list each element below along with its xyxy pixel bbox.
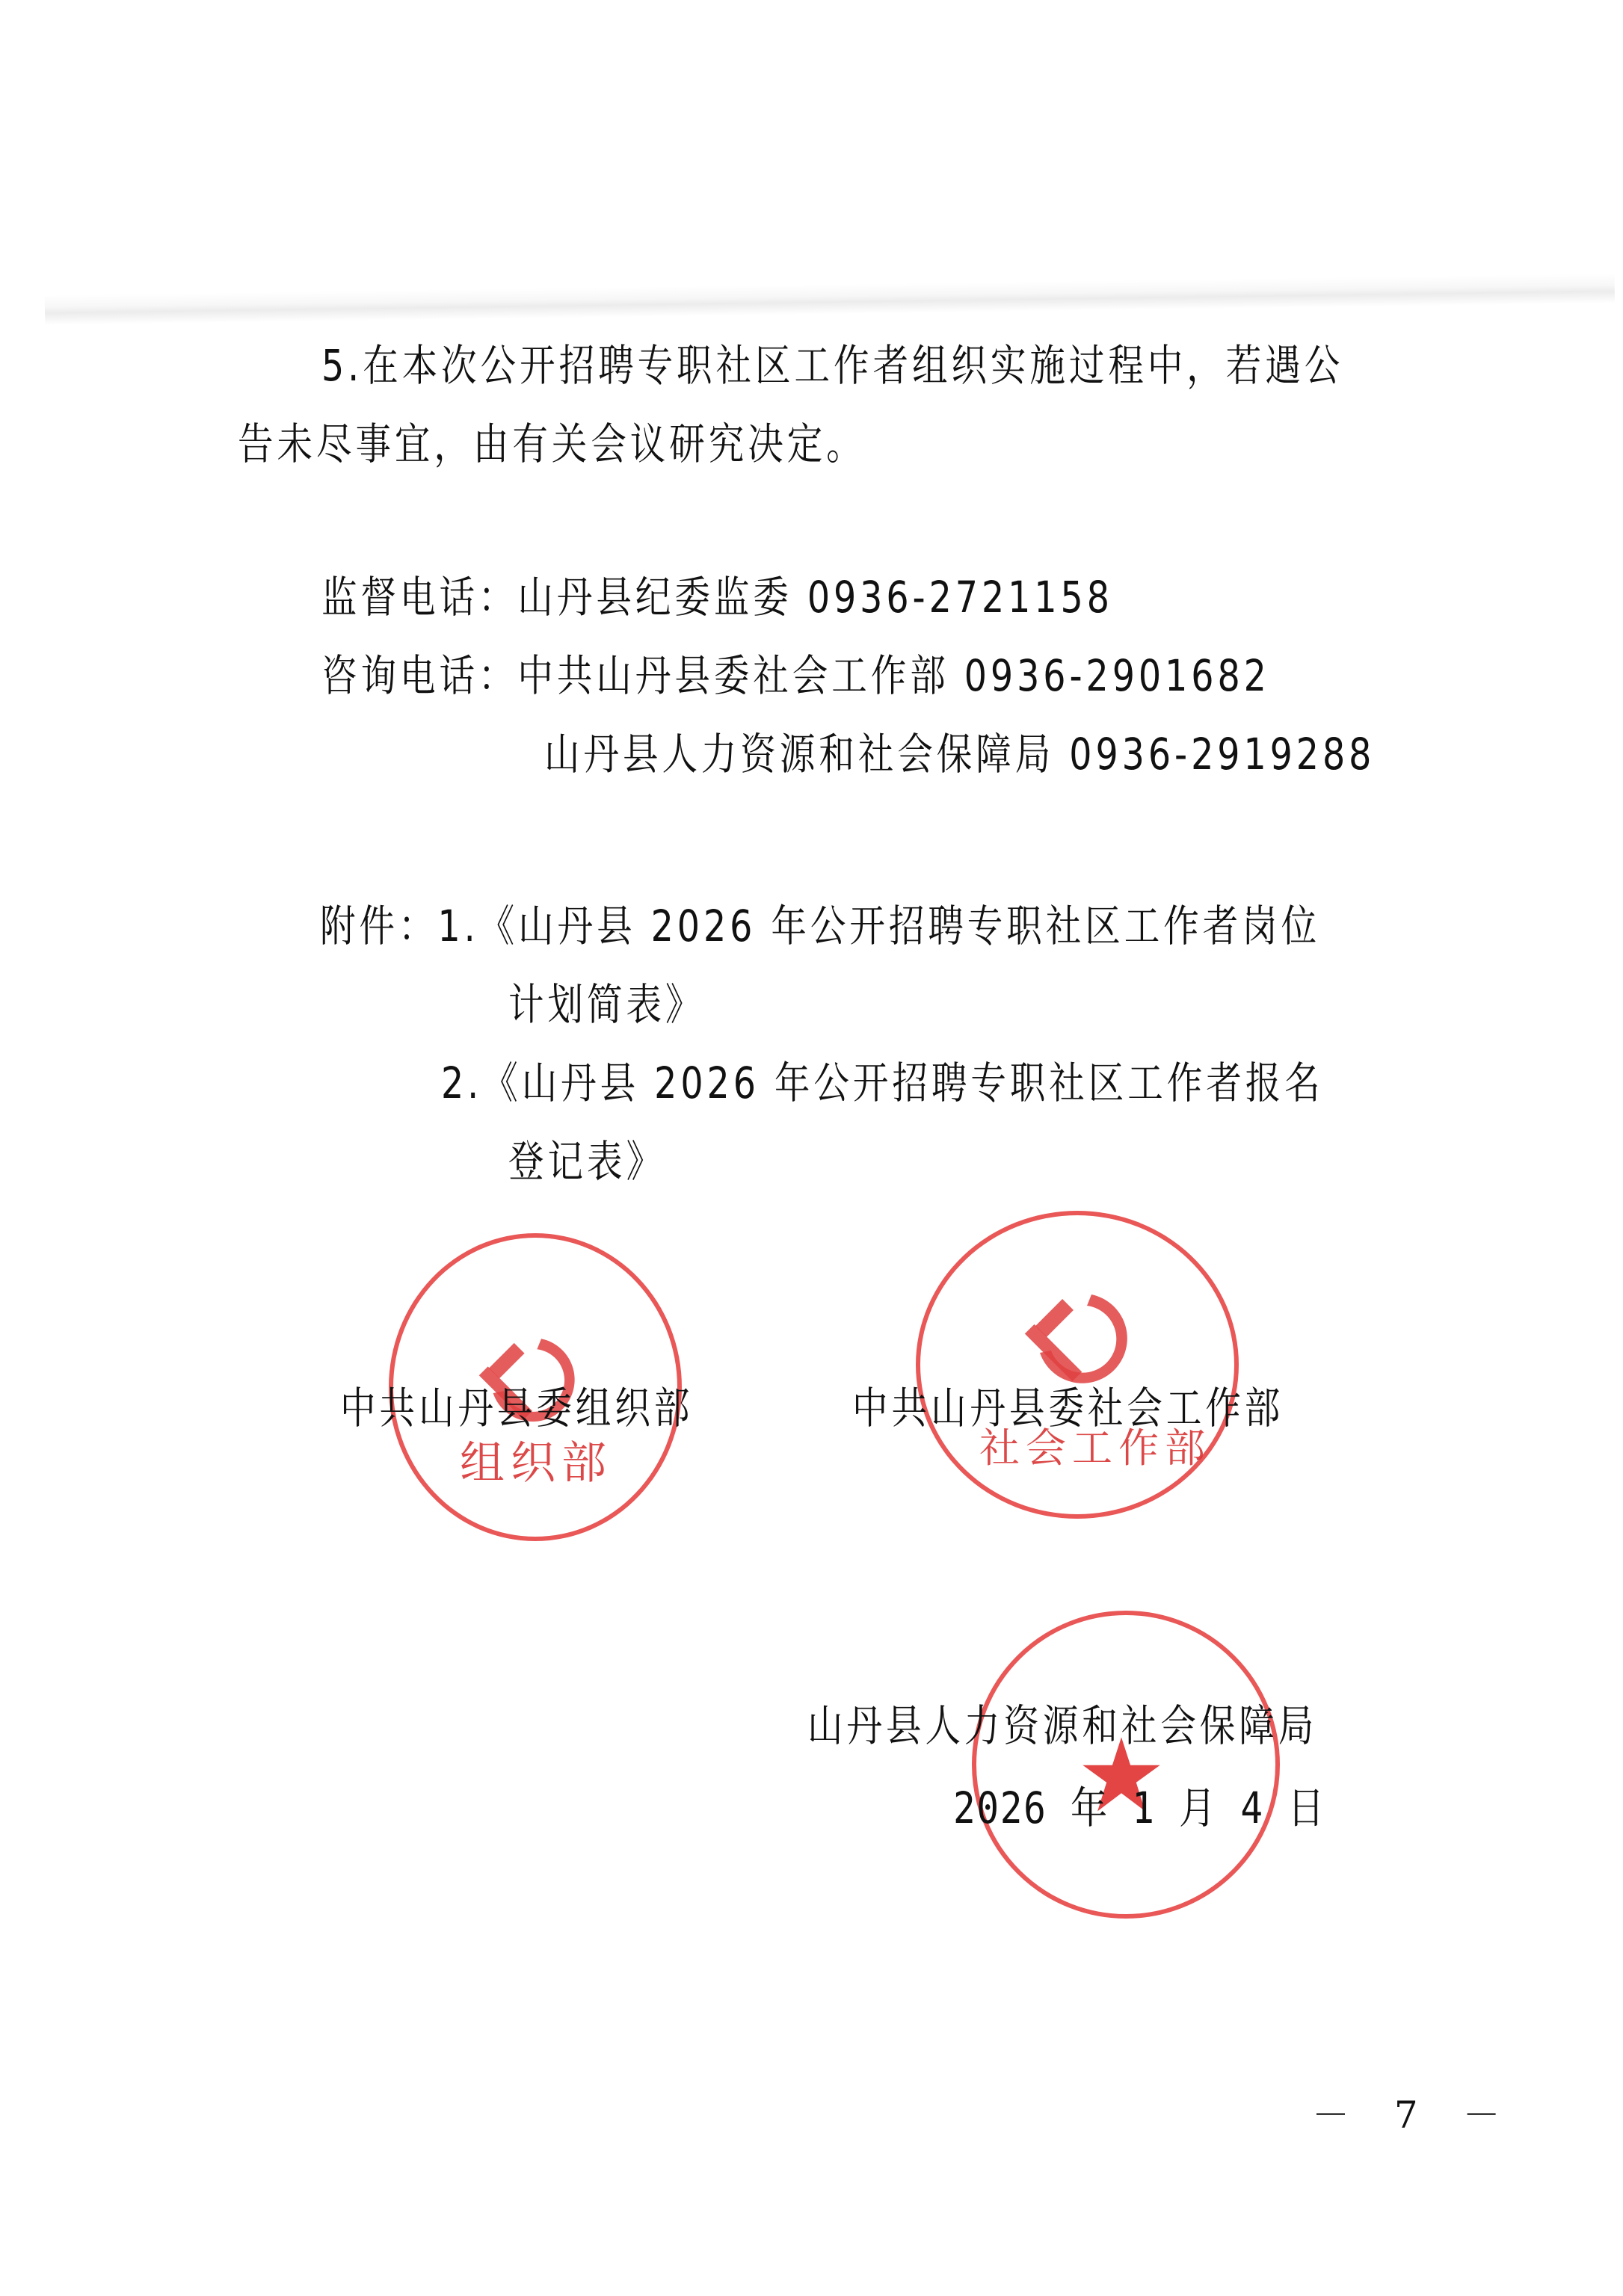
paragraph-5-line1: 5.在本次公开招聘专职社区工作者组织实施过程中，若遇公 [321,344,1343,387]
consult-phone-2: 0936-2919288 [1069,729,1375,780]
attachment-1-line1: 附件：1.《山丹县 2026 年公开招聘专职社区工作者岗位 [320,904,1320,948]
attachment-2-line2: 登记表》 [508,1140,665,1183]
attachment-1-num: 1. [437,901,478,951]
consult-phone-row-2: 山丹县人力资源和社会保障局 0936-2919288 [544,732,1375,776]
supervision-org: 山丹县纪委监委 [517,572,792,623]
supervision-phone-row: 监督电话：山丹县纪委监委 0936-2721158 [321,575,1113,619]
signature-social-work-dept: 中共山丹县委社会工作部 [852,1386,1284,1430]
scan-artifact [45,274,1615,325]
document-page: 5.在本次公开招聘专职社区工作者组织实施过程中，若遇公 告未尽事宜，由有关会议研… [0,0,1623,2296]
page-number: － 7 － [1312,2085,1517,2139]
consult-label: 咨询电话： [321,650,517,701]
attachment-1-line2: 计划简表》 [508,983,704,1026]
attachment-2-title: 《山丹县 2026 年公开招聘专职社区工作者报名 [482,1058,1323,1108]
attachment-2-num: 2. [441,1058,482,1108]
signature-organization-dept: 中共山丹县委组织部 [340,1386,693,1430]
supervision-phone: 0936-2721158 [807,572,1113,623]
consult-org-1: 中共山丹县委社会工作部 [517,650,949,701]
consult-org-2: 山丹县人力资源和社会保障局 [544,729,1054,780]
attachment-1-title: 《山丹县 2026 年公开招聘专职社区工作者岗位 [479,901,1320,951]
signature-hr-bureau: 山丹县人力资源和社会保障局 [807,1704,1317,1747]
supervision-label: 监督电话： [321,572,517,623]
seal-1-bottom-text: 组织部 [460,1428,612,1492]
attachments-label: 附件： [320,901,437,951]
document-date: 2026 年 1 月 4 日 [953,1786,1325,1830]
hammer-sickle-icon [1024,1286,1136,1398]
attachment-2-line1: 2.《山丹县 2026 年公开招聘专职社区工作者报名 [441,1061,1324,1105]
consult-phone-1: 0936-2901682 [964,650,1270,701]
paragraph-5-line2: 告未尽事宜，由有关会议研究决定。 [238,422,866,466]
consult-phone-row-1: 咨询电话：中共山丹县委社会工作部 0936-2901682 [321,654,1270,697]
